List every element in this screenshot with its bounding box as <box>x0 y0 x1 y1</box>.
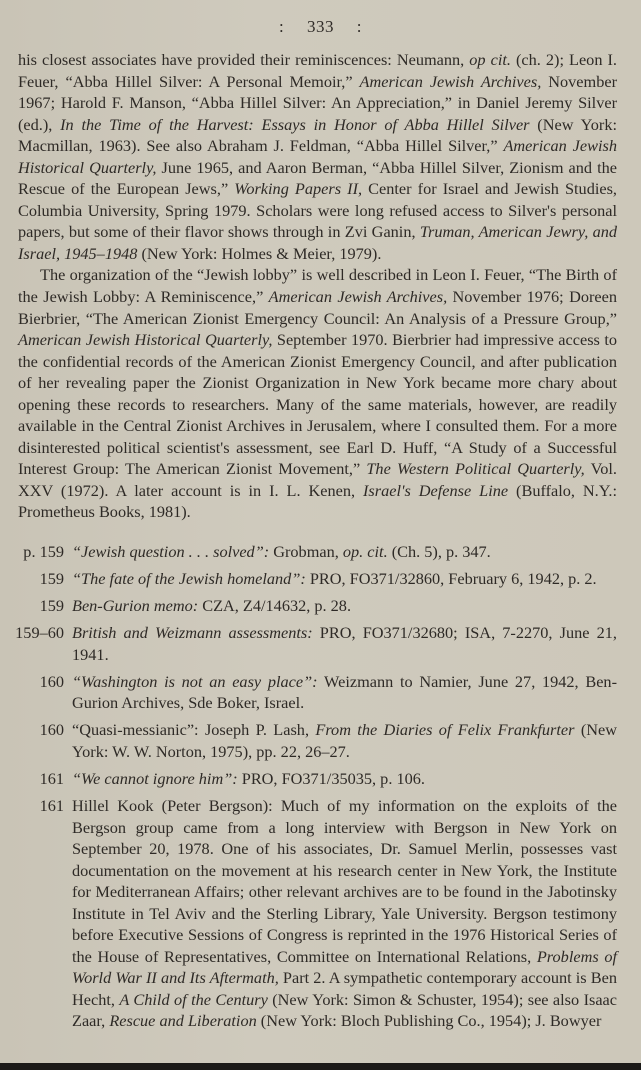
note-text: Ben-Gurion memo: CZA, Z4/14632, p. 28. <box>72 595 617 617</box>
note-page-ref: 160 <box>0 671 64 693</box>
italic-text: “Jewish question . . . solved”: <box>72 542 269 561</box>
note-text: “The fate of the Jewish homeland”: PRO, … <box>72 568 617 590</box>
text-run: September 1970. Bierbrier had impressive… <box>18 330 617 478</box>
note-page-ref: 161 <box>0 795 64 817</box>
text-run: CZA, Z4/14632, p. 28. <box>198 596 351 615</box>
italic-text: “The fate of the Jewish homeland”: <box>72 569 306 588</box>
note-text: “Washington is not an easy place”: Weizm… <box>72 671 617 714</box>
paragraph: The organization of the “Jewish lobby” i… <box>18 264 617 523</box>
note-entry: p. 159“Jewish question . . . solved”: Gr… <box>0 541 641 563</box>
text-run: his closest associates have provided the… <box>18 50 469 69</box>
text-run: Grobman, <box>269 542 343 561</box>
note-page-ref: 159–60 <box>0 622 64 644</box>
note-entry: 159–60British and Weizmann assessments: … <box>0 622 641 665</box>
italic-text: In the Time of the Harvest: Essays in Ho… <box>60 115 529 134</box>
text-run: (New York: Bloch Publishing Co., 1954); … <box>257 1011 602 1030</box>
italic-text: Rescue and Liberation <box>109 1011 256 1030</box>
text-run: (Ch. 5), p. 347. <box>388 542 491 561</box>
italic-text: American Jewish Historical Quarterly, <box>18 330 272 349</box>
note-text: British and Weizmann assessments: PRO, F… <box>72 622 617 665</box>
scan-bottom-edge <box>0 1063 641 1070</box>
italic-text: Ben-Gurion memo: <box>72 596 198 615</box>
text-run: “Quasi-messianic”: Joseph P. Lash, <box>72 720 315 739</box>
note-entry: 160“Washington is not an easy place”: We… <box>0 671 641 714</box>
note-page-ref: 160 <box>0 719 64 741</box>
italic-text: American Jewish Archives, <box>269 287 447 306</box>
page-number: 333 <box>307 17 334 36</box>
italic-text: American Jewish Archives, <box>360 72 542 91</box>
italic-text: Israel's Defense Line <box>363 481 508 500</box>
italic-text: British and Weizmann assessments: <box>72 623 313 642</box>
paragraph: his closest associates have provided the… <box>18 49 617 264</box>
italic-text: Working Papers II, <box>234 179 362 198</box>
note-page-ref: 159 <box>0 595 64 617</box>
note-entry: 161“We cannot ignore him”: PRO, FO371/35… <box>0 768 641 790</box>
note-text: Hillel Kook (Peter Bergson): Much of my … <box>72 795 617 1032</box>
note-entry: 160“Quasi-messianic”: Joseph P. Lash, Fr… <box>0 719 641 762</box>
body-text: his closest associates have provided the… <box>18 49 617 523</box>
italic-text: op. cit. <box>343 542 388 561</box>
text-run: Hillel Kook (Peter Bergson): Much of my … <box>72 796 617 966</box>
note-page-ref: 159 <box>0 568 64 590</box>
italic-text: From the Diaries of Felix Frankfurter <box>315 720 574 739</box>
note-text: “Jewish question . . . solved”: Grobman,… <box>72 541 617 563</box>
note-page-ref: 161 <box>0 768 64 790</box>
note-entry: 159“The fate of the Jewish homeland”: PR… <box>0 568 641 590</box>
italic-text: The Western Political Quarterly, <box>366 459 584 478</box>
book-page: : 333 : his closest associates have prov… <box>0 0 641 1063</box>
page-folio: : 333 : <box>0 17 641 37</box>
note-page-ref: p. 159 <box>0 541 64 563</box>
note-text: “Quasi-messianic”: Joseph P. Lash, From … <box>72 719 617 762</box>
italic-text: “Washington is not an easy place”: <box>72 672 318 691</box>
note-text: “We cannot ignore him”: PRO, FO371/35035… <box>72 768 617 790</box>
italic-text: “We cannot ignore him”: <box>72 769 238 788</box>
text-run: PRO, FO371/35035, p. 106. <box>238 769 425 788</box>
italic-text: op cit. <box>469 50 511 69</box>
notes-list: p. 159“Jewish question . . . solved”: Gr… <box>0 541 641 1037</box>
note-entry: 161Hillel Kook (Peter Bergson): Much of … <box>0 795 641 1032</box>
folio-ornament-left: : <box>279 17 284 36</box>
text-run: PRO, FO371/32860, February 6, 1942, p. 2… <box>306 569 597 588</box>
folio-ornament-right: : <box>357 17 362 36</box>
italic-text: A Child of the Century <box>119 990 267 1009</box>
text-run: (New York: Holmes & Meier, 1979). <box>137 244 381 263</box>
note-entry: 159Ben-Gurion memo: CZA, Z4/14632, p. 28… <box>0 595 641 617</box>
